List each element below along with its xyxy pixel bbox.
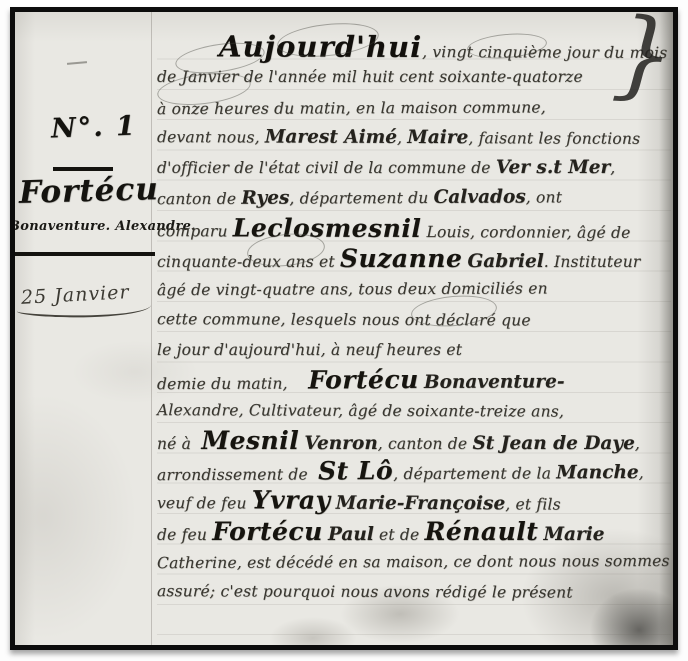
body-text-segment: . Instituteur — [544, 253, 641, 271]
body-text-segment: canton de — [157, 190, 241, 208]
emphasized-name: Marie — [543, 524, 604, 545]
body-text-segment: devant nous, — [157, 128, 265, 146]
body-text-segment: demie du matin, — [157, 375, 308, 394]
text-line: assuré; c'est pourquoi nous avons rédigé… — [157, 576, 671, 608]
body-text-segment: et de — [374, 526, 425, 544]
scan-border-frame: N°. 1 Fortécu Bonaventure. Alexandre. 25… — [10, 7, 678, 650]
date-underline-flourish — [17, 300, 151, 321]
text-line: de feu Fortécu Paul et de Rénault Marie — [157, 517, 671, 547]
emphasized-name: St Lô — [318, 456, 393, 485]
act-body-text: Aujourd'hui, vingt cinquième jour du moi… — [157, 32, 671, 645]
text-line: veuf de feu Yvray Marie-Françoise, et fi… — [157, 486, 671, 518]
margin-separator-rule — [15, 252, 155, 256]
body-text-segment: , canton de — [378, 435, 473, 453]
emphasized-name: Fortécu — [212, 517, 323, 546]
emphasized-name: Venron — [304, 433, 377, 454]
margin-divider-line — [151, 12, 152, 645]
emphasized-name: St Jean de Daye — [472, 433, 634, 454]
text-line: comparu Leclosmesnil Louis, cordonnier, … — [157, 213, 671, 245]
ink-flourish: } — [609, 12, 673, 112]
body-text-segment: Alexandre, Cultivateur, âgé de soixante-… — [157, 401, 564, 420]
body-text-segment: arrondissement de — [157, 466, 318, 485]
body-text-segment: Louis, cordonnier, âgé de — [421, 223, 630, 242]
text-line: cinquante-deux ans et Suzanne Gabriel. I… — [157, 244, 671, 274]
body-text-segment: , département de la — [393, 465, 556, 484]
body-text-segment: , ont — [526, 189, 562, 207]
emphasized-name: Calvados — [434, 187, 526, 208]
body-text-segment: d'officier de l'état civil de la commune… — [157, 159, 496, 177]
body-text-segment: assuré; c'est pourquoi nous avons rédigé… — [157, 582, 573, 601]
emphasized-name: Ryes — [241, 188, 289, 209]
emphasized-name: Leclosmesnil — [233, 213, 422, 243]
emphasized-name: Paul — [328, 524, 374, 545]
body-text-segment: âgé de vingt-quatre ans, tous deux domic… — [157, 280, 548, 300]
emphasized-name: Mesnil — [201, 426, 299, 455]
body-text-segment: le jour d'aujourd'hui, à neuf heures et — [157, 341, 462, 359]
emphasized-name: Manche — [556, 462, 638, 483]
emphasized-name: Suzanne — [340, 244, 462, 273]
body-text-segment: , département du — [289, 189, 433, 208]
emphasized-name: Maire — [407, 127, 468, 148]
margin-surname: Fortécu — [19, 171, 160, 211]
body-text-segment: comparu — [157, 222, 233, 240]
emphasized-name: Marest Aimé — [265, 126, 397, 147]
text-line: devant nous, Marest Aimé, Maire, faisant… — [157, 122, 671, 154]
register-page: N°. 1 Fortécu Bonaventure. Alexandre. 25… — [15, 12, 673, 645]
emphasized-name: Gabriel — [468, 251, 544, 272]
text-line: d'officier de l'état civil de la commune… — [157, 153, 671, 183]
body-text-segment: , et fils — [505, 496, 561, 514]
document-scan: N°. 1 Fortécu Bonaventure. Alexandre. 25… — [0, 0, 688, 661]
emphasized-name: Yvray — [252, 486, 331, 515]
text-line: demie du matin, Fortécu Bonaventure- — [157, 364, 671, 397]
body-text-segment: veuf de feu — [157, 495, 252, 513]
emphasized-name: Rénault — [425, 517, 539, 546]
act-number: N°. 1 — [50, 111, 137, 145]
body-text-segment: Catherine, est décédé en sa maison, ce d… — [157, 552, 670, 572]
text-line: arrondissement de St Lô, département de … — [157, 455, 671, 488]
body-text-segment: , — [635, 435, 640, 453]
text-line: âgé de vingt-quatre ans, tous deux domic… — [157, 273, 671, 306]
text-line: Catherine, est décédé en sa maison, ce d… — [157, 546, 671, 579]
emphasized-name: Ver s.t Mer — [496, 157, 610, 178]
act-number-underline — [53, 167, 113, 171]
body-text-segment: , — [397, 129, 407, 147]
body-text-segment: , — [610, 159, 615, 177]
text-line: Alexandre, Cultivateur, âgé de soixante-… — [157, 395, 671, 427]
text-line: canton de Ryes, département du Calvados,… — [157, 182, 671, 215]
emphasized-name: Fortécu — [308, 365, 419, 394]
body-text-segment: , — [639, 464, 644, 482]
body-text-segment: , faisant les fonctions — [468, 129, 640, 148]
emphasized-name: Marie-Françoise — [336, 493, 506, 515]
pencil-mark — [67, 61, 87, 65]
body-text-segment: de feu — [157, 526, 212, 544]
text-line: né à Mesnil Venron, canton de St Jean de… — [157, 426, 671, 456]
text-line: le jour d'aujourd'hui, à neuf heures et — [157, 335, 671, 365]
body-text-segment: né à — [157, 435, 201, 453]
emphasized-name: Bonaventure- — [424, 372, 565, 394]
